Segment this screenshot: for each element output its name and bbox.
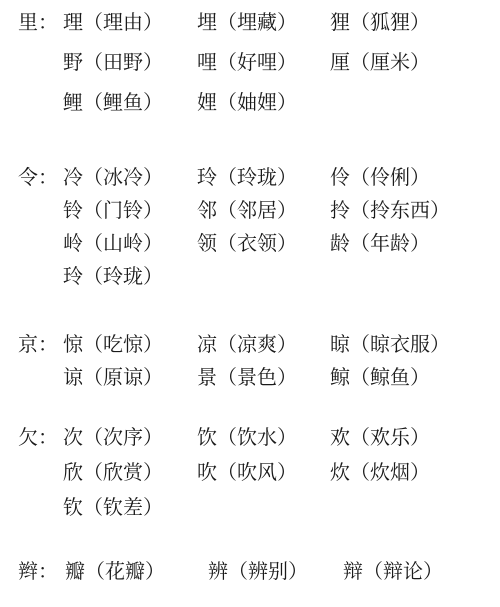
character-entry: 伶（伶俐）	[330, 168, 500, 188]
worksheet-page: 里： 理（理由） 埋（埋藏） 狸（狐狸） 野（田野） 哩（好哩） 厘（厘米） 鲤…	[0, 0, 500, 607]
character-family-section-jing: 京： 惊（吃惊） 凉（凉爽） 晾（晾衣服） 谅（原谅） 景（景色） 鲸（鲸鱼）	[18, 335, 500, 401]
character-entry: 凉（凉爽）	[197, 335, 330, 355]
character-entry: 领（衣领）	[197, 234, 330, 254]
character-entry: 欢（欢乐）	[330, 428, 500, 448]
character-entry: 欣（欣赏）	[63, 463, 197, 483]
phonetic-key: 辫：	[18, 562, 65, 582]
character-entry: 龄（年龄）	[330, 234, 500, 254]
character-entry: 厘（厘米）	[330, 53, 500, 73]
character-entry: 鲤（鲤鱼）	[63, 93, 197, 113]
entry-row: 谅（原谅） 景（景色） 鲸（鲸鱼）	[18, 368, 500, 401]
character-entry: 钦（钦差）	[63, 498, 197, 518]
character-entry: 晾（晾衣服）	[330, 335, 500, 355]
entry-row: 钦（钦差）	[18, 498, 500, 533]
character-entry: 饮（饮水）	[197, 428, 330, 448]
character-family-section-qian: 欠： 次（次序） 饮（饮水） 欢（欢乐） 欣（欣赏） 吹（吹风） 炊（炊烟） 钦…	[18, 428, 500, 533]
character-entry: 景（景色）	[197, 368, 330, 388]
phonetic-key: 令：	[18, 168, 63, 188]
character-entry: 玲（玲珑）	[63, 267, 197, 287]
entry-row: 欠： 次（次序） 饮（饮水） 欢（欢乐）	[18, 428, 500, 463]
phonetic-key: 京：	[18, 335, 63, 355]
character-entry: 拎（拎东西）	[330, 201, 500, 221]
entry-row: 令： 冷（冰冷） 玲（玲珑） 伶（伶俐）	[18, 168, 500, 201]
character-entry: 铃（门铃）	[63, 201, 197, 221]
character-entry: 次（次序）	[63, 428, 197, 448]
phonetic-key: 欠：	[18, 428, 63, 448]
character-entry: 埋（埋藏）	[197, 13, 330, 33]
character-entry: 炊（炊烟）	[330, 463, 500, 483]
entry-row: 欣（欣赏） 吹（吹风） 炊（炊烟）	[18, 463, 500, 498]
character-entry: 吹（吹风）	[197, 463, 330, 483]
character-entry: 辩（辩论）	[343, 562, 500, 582]
character-family-section-li: 里： 理（理由） 埋（埋藏） 狸（狐狸） 野（田野） 哩（好哩） 厘（厘米） 鲤…	[18, 13, 500, 133]
entry-row: 京： 惊（吃惊） 凉（凉爽） 晾（晾衣服）	[18, 335, 500, 368]
character-entry: 冷（冰冷）	[63, 168, 197, 188]
character-entry: 狸（狐狸）	[330, 13, 500, 33]
character-family-section-bian: 辫： 瓣（花瓣） 辨（辨别） 辩（辩论）	[18, 562, 500, 595]
character-entry: 瓣（花瓣）	[65, 562, 208, 582]
entry-row: 里： 理（理由） 埋（埋藏） 狸（狐狸）	[18, 13, 500, 53]
character-entry: 理（理由）	[63, 13, 197, 33]
character-entry: 谅（原谅）	[63, 368, 197, 388]
character-entry: 辨（辨别）	[208, 562, 343, 582]
character-family-section-ling: 令： 冷（冰冷） 玲（玲珑） 伶（伶俐） 铃（门铃） 邻（邻居） 拎（拎东西） …	[18, 168, 500, 300]
character-entry: 娌（妯娌）	[197, 93, 330, 113]
entry-row: 辫： 瓣（花瓣） 辨（辨别） 辩（辩论）	[18, 562, 500, 595]
entry-row: 野（田野） 哩（好哩） 厘（厘米）	[18, 53, 500, 93]
phonetic-key: 里：	[18, 13, 63, 33]
entry-row: 鲤（鲤鱼） 娌（妯娌）	[18, 93, 500, 133]
character-entry: 惊（吃惊）	[63, 335, 197, 355]
entry-row: 玲（玲珑）	[18, 267, 500, 300]
character-entry: 野（田野）	[63, 53, 197, 73]
character-entry: 邻（邻居）	[197, 201, 330, 221]
character-entry: 岭（山岭）	[63, 234, 197, 254]
entry-row: 岭（山岭） 领（衣领） 龄（年龄）	[18, 234, 500, 267]
character-entry: 玲（玲珑）	[197, 168, 330, 188]
character-entry: 鲸（鲸鱼）	[330, 368, 500, 388]
entry-row: 铃（门铃） 邻（邻居） 拎（拎东西）	[18, 201, 500, 234]
character-entry: 哩（好哩）	[197, 53, 330, 73]
